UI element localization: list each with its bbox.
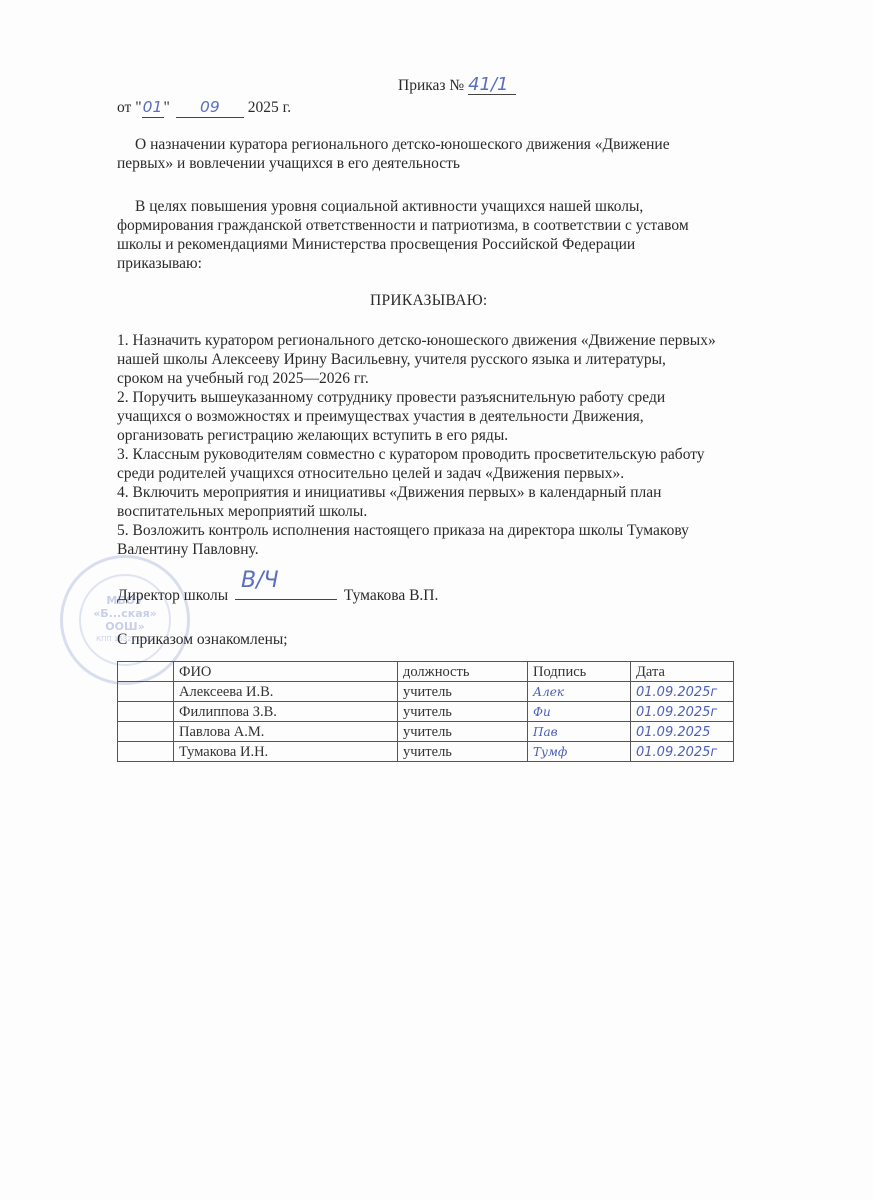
item-line: среди родителей учащихся относительно це… xyxy=(117,464,716,483)
table-header-row: ФИО должность Подпись Дата xyxy=(118,662,734,682)
handwritten-signature: В/Ч xyxy=(241,571,279,590)
order-items: 1. Назначить куратором регионального дет… xyxy=(117,331,716,559)
item-line: организовать регистрацию желающих вступи… xyxy=(117,426,716,445)
table-row: Алексеева И.В. учитель Алек 01.09.2025г xyxy=(118,682,734,702)
position-cell: учитель xyxy=(398,722,528,742)
preamble: В целях повышения уровня социальной акти… xyxy=(117,197,689,273)
table-row: Филиппова З.В. учитель Фи 01.09.2025г xyxy=(118,702,734,722)
name-cell: Павлова А.М. xyxy=(174,722,398,742)
signature-cell: Фи xyxy=(528,702,631,722)
order-number: 41/1 xyxy=(468,75,516,95)
empty-cell xyxy=(118,682,174,702)
name-cell: Тумакова И.Н. xyxy=(174,742,398,762)
item-line: 2. Поручить вышеуказанному сотруднику пр… xyxy=(117,388,716,407)
empty-cell xyxy=(118,702,174,722)
item-line: 1. Назначить куратором регионального дет… xyxy=(117,331,716,350)
item-line: сроком на учебный год 2025—2026 гг. xyxy=(117,369,716,388)
date-cell: 01.09.2025г xyxy=(631,682,734,702)
item-line: 3. Классным руководителям совместно с ку… xyxy=(117,445,716,464)
order-heading: ПРИКАЗЫВАЮ: xyxy=(370,291,488,310)
item-line: 5. Возложить контроль исполнения настоящ… xyxy=(117,521,716,540)
preamble-line: школы и рекомендациями Министерства прос… xyxy=(117,235,689,254)
acknowledgement-table: ФИО должность Подпись Дата Алексеева И.В… xyxy=(117,661,734,762)
header-cell: должность xyxy=(398,662,528,682)
date-prefix: от " xyxy=(117,99,142,116)
item-line: нашей школы Алексееву Ирину Васильевну, … xyxy=(117,350,716,369)
signature-cell: Тумф xyxy=(528,742,631,762)
empty-cell xyxy=(118,742,174,762)
table-row: Павлова А.М. учитель Пав 01.09.2025 xyxy=(118,722,734,742)
order-title: Приказ № 41/1 xyxy=(398,75,516,95)
signature-cell: Алек xyxy=(528,682,631,702)
order-date: от "01"09 2025 г. xyxy=(117,98,291,118)
item-line: 4. Включить мероприятия и инициативы «Дв… xyxy=(117,483,716,502)
order-title-prefix: Приказ № xyxy=(398,77,464,94)
signature-field: В/Ч xyxy=(235,585,337,600)
date-cell: 01.09.2025г xyxy=(631,702,734,722)
order-subject: О назначении куратора регионального детс… xyxy=(117,135,670,173)
preamble-line: приказываю: xyxy=(117,254,689,273)
date-year: 2025 г. xyxy=(248,99,291,116)
stamp-line: «Б...ская» xyxy=(93,607,157,620)
empty-cell xyxy=(118,722,174,742)
signature-name: Тумакова В.П. xyxy=(344,587,438,604)
signature-cell: Пав xyxy=(528,722,631,742)
subject-line: О назначении куратора регионального детс… xyxy=(117,135,670,154)
acknowledgement-label: С приказом ознакомлены; xyxy=(117,630,288,649)
table-row: Тумакова И.Н. учитель Тумф 01.09.2025г xyxy=(118,742,734,762)
preamble-line: формирования гражданской ответственности… xyxy=(117,216,689,235)
signature-role: Директор школы xyxy=(117,587,228,604)
header-cell xyxy=(118,662,174,682)
subject-line: первых» и вовлечении учащихся в его деят… xyxy=(117,154,670,173)
date-month: 09 xyxy=(176,98,244,118)
name-cell: Алексеева И.В. xyxy=(174,682,398,702)
date-day: 01 xyxy=(142,98,164,118)
header-cell: ФИО xyxy=(174,662,398,682)
position-cell: учитель xyxy=(398,702,528,722)
position-cell: учитель xyxy=(398,682,528,702)
name-cell: Филиппова З.В. xyxy=(174,702,398,722)
item-line: Валентину Павловну. xyxy=(117,540,716,559)
header-cell: Дата xyxy=(631,662,734,682)
header-cell: Подпись xyxy=(528,662,631,682)
director-signature-line: Директор школы В/Ч Тумакова В.П. xyxy=(117,585,438,605)
position-cell: учитель xyxy=(398,742,528,762)
preamble-line: В целях повышения уровня социальной акти… xyxy=(117,197,689,216)
item-line: воспитательных мероприятий школы. xyxy=(117,502,716,521)
item-line: учащихся о возможностях и преимуществах … xyxy=(117,407,716,426)
date-cell: 01.09.2025г xyxy=(631,742,734,762)
date-quote: " xyxy=(164,99,170,116)
date-cell: 01.09.2025 xyxy=(631,722,734,742)
